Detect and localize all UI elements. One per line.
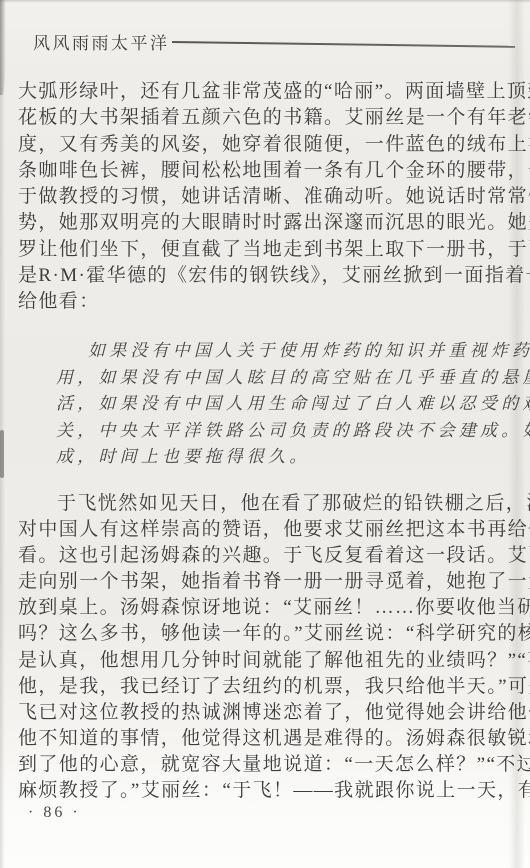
text-line: 关，中央太平洋铁路公司负责的路段决不会建成。如果建 [56, 418, 530, 445]
running-header: 风风雨雨太平洋 [33, 31, 514, 51]
running-header-title: 风风雨雨太平洋 [33, 29, 170, 54]
text-line: 麻烦教授了。”艾丽丝：“于飞！——我就跟你说上一天，有一个 [18, 778, 530, 804]
text-line: 条咖啡色长裤，腰间松松地围着一条有几个金环的腰带，也许由 [18, 158, 530, 184]
book-page: 风风雨雨太平洋 大弧形绿叶，还有几盆非常茂盛的“哈丽”。两面墙壁上顶到天花板的大… [0, 0, 530, 868]
text-line: 罗让他们坐下，便直截了当地走到书架上取下一册书，于飞一看 [18, 237, 530, 263]
text-line: 给他看： [18, 289, 530, 315]
text-line: 他不知道的事情，他觉得这机遇是难得的。汤姆森很敏锐地觉察 [18, 726, 530, 752]
text-line: 他，是我，我已经订了去纽约的机票，我只给他半天。”可是于 [18, 674, 530, 700]
text-line: 是认真，他想用几分钟时间就能了解他祖先的业绩吗？”“不是 [18, 648, 530, 674]
paragraph: 于飞恍然如见天日，他在看了那破烂的铅铁棚之后，没想到对中国人有这样崇高的赞语，他… [18, 491, 530, 804]
text-line: 成，时间上也要拖得很久。 [56, 444, 530, 471]
text-line: 吗？这么多书，够他读一年的。”艾丽丝说：“科学研究的核心就 [18, 621, 530, 647]
text-line: 大弧形绿叶，还有几盆非常茂盛的“哈丽”。两面墙壁上顶到天 [18, 79, 530, 105]
block-quote: 如果没有中国人关于使用炸药的知识并重视炸药的作用，如果没有中国人眩目的高空贴在几… [56, 338, 530, 471]
text-line: 对中国人有这样崇高的赞语，他要求艾丽丝把这本书再给他看 [18, 517, 530, 543]
page-number: · 86 · [28, 804, 81, 822]
text-line: 花板的大书架插着五颜六色的书籍。艾丽丝是一个有年老学者风 [18, 105, 530, 131]
text-line: 是R·M·霍华德的《宏伟的钢铁线》，艾丽丝掀到一面指着一段 [18, 263, 530, 289]
text-line: 走向别一个书架，她指着书脊一册一册寻觅着，她抱了一大摞书 [18, 569, 530, 595]
text-line: 于飞恍然如见天日，他在看了那破烂的铅铁棚之后，没想到 [18, 491, 530, 517]
header-rule-line [171, 41, 513, 48]
text-line: 于做教授的习惯，她讲话清晰、准确动听。她说话时常常做着手 [18, 184, 530, 210]
paragraph-continuation: 大弧形绿叶，还有几盆非常茂盛的“哈丽”。两面墙壁上顶到天花板的大书架插着五颜六色… [18, 79, 530, 316]
text-line: 放到桌上。汤姆森惊讶地说：“艾丽丝！……你要收他当研究生 [18, 595, 530, 621]
text-line: 飞已对这位教授的热诚渊博迷恋着了，他觉得她会讲给他们很多 [18, 700, 530, 726]
scan-edge-top [0, 0, 530, 3]
text-line: 用，如果没有中国人眩目的高空贴在几乎垂直的悬崖上干 [56, 365, 530, 392]
scan-smudge-top-left [0, 0, 6, 95]
text-line: 看。这也引起汤姆森的兴趣。于飞反复看着这一段话。艾丽丝又 [18, 543, 530, 569]
text-line: 如果没有中国人关于使用炸药的知识并重视炸药的作 [56, 338, 530, 365]
text-line: 度，又有秀美的风姿，她穿着很随便，一件蓝色的绒布上衣，一 [18, 132, 530, 158]
text-line: 活，如果没有中国人用生命闯过了白人难以忍受的艰苦难 [56, 391, 530, 418]
scan-smudge-mid-left [0, 430, 4, 478]
text-line: 势，她那双明亮的大眼睛时时露出深邃而沉思的眼光。她并不张 [18, 210, 530, 236]
text-line: 到了他的心意，就宽容大量地说道：“一天怎么样？”“不过这太 [18, 752, 530, 778]
